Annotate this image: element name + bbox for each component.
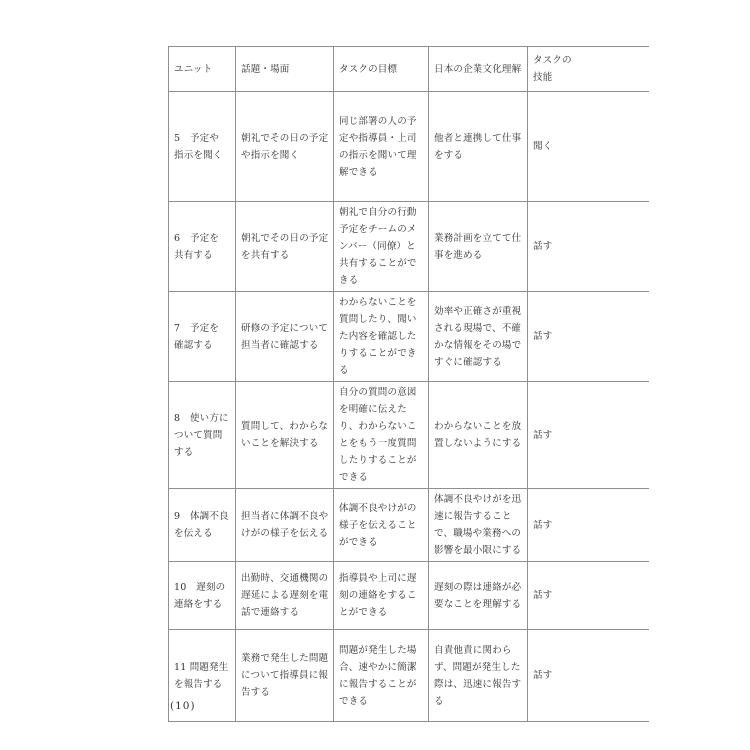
table-row-unit5: 5 予定や 指示を聞く 朝礼でその日の予定や指示を聞く 同じ部署の人の予定や指導… xyxy=(169,92,649,202)
goal-cell: 同じ部署の人の予定や指導員・上司の指示を聞いて理解できる xyxy=(334,92,429,202)
unit-cell: 5 予定や 指示を聞く xyxy=(169,92,236,202)
culture-cell: 体調不良やけがを迅速に報告することで、職場や業務への影響を最小限にする xyxy=(429,489,528,562)
skill-cell: 話す xyxy=(528,202,649,292)
unit-cell: 10 遅刻の 連絡をする xyxy=(169,562,236,630)
goal-cell: 体調不良やけがの様子を伝えることができる xyxy=(334,489,429,562)
table-row-unit10: 10 遅刻の 連絡をする 出勤時、交通機関の遅延による遅刻を電話で連絡する 指導… xyxy=(169,562,649,630)
table-row-unit6: 6 予定を 共有する 朝礼でその日の予定を共有する 朝礼で自分の行動予定をチーム… xyxy=(169,202,649,292)
unit-cell: 9 体調不良 を伝える xyxy=(169,489,236,562)
skill-cell: 話す xyxy=(528,292,649,382)
curriculum-table: ユニット 話題・場面 タスクの目標 日本の企業文化理解 タスクの 技能 5 予定… xyxy=(168,46,649,722)
table-row-unit7: 7 予定を 確認する 研修の予定について担当者に確認する わからないことを質問し… xyxy=(169,292,649,382)
goal-cell: 指導員や上司に遅刻の連絡をすることができる xyxy=(334,562,429,630)
header-topic: 話題・場面 xyxy=(236,47,334,92)
culture-cell: 効率や正確さが重視される現場で、不確かな情報をその場ですぐに確認する xyxy=(429,292,528,382)
goal-cell: 自分の質問の意図を明確に伝えたり、わからないことをもう一度質問したりすることがで… xyxy=(334,382,429,489)
topic-cell: 業務で発生した問題について指導員に報告する xyxy=(236,630,334,722)
culture-cell: 自責他責に関わらず、問題が発生した際は、迅速に報告する xyxy=(429,630,528,722)
skill-cell: 話す xyxy=(528,382,649,489)
culture-cell: 他者と連携して仕事をする xyxy=(429,92,528,202)
table-row-unit9: 9 体調不良 を伝える 担当者に体調不良やけがの様子を伝える 体調不良やけがの様… xyxy=(169,489,649,562)
topic-cell: 研修の予定について担当者に確認する xyxy=(236,292,334,382)
table-header-row: ユニット 話題・場面 タスクの目標 日本の企業文化理解 タスクの 技能 xyxy=(169,47,649,92)
skill-cell: 話す xyxy=(528,489,649,562)
culture-cell: わからないことを放置しないようにする xyxy=(429,382,528,489)
header-goal: タスクの目標 xyxy=(334,47,429,92)
skill-cell: 話す xyxy=(528,562,649,630)
unit-cell: 8 使い方に ついて質問 する xyxy=(169,382,236,489)
goal-cell: 問題が発生した場合、速やかに簡潔に報告することができる xyxy=(334,630,429,722)
page-number: (10) xyxy=(170,700,196,712)
table-row-unit8: 8 使い方に ついて質問 する 質問して、わからないことを解決する 自分の質問の… xyxy=(169,382,649,489)
topic-cell: 朝礼でその日の予定を共有する xyxy=(236,202,334,292)
topic-cell: 朝礼でその日の予定や指示を聞く xyxy=(236,92,334,202)
header-unit: ユニット xyxy=(169,47,236,92)
topic-cell: 出勤時、交通機関の遅延による遅刻を電話で連絡する xyxy=(236,562,334,630)
topic-cell: 質問して、わからないことを解決する xyxy=(236,382,334,489)
skill-cell: 話す xyxy=(528,630,649,722)
skill-cell: 聞く xyxy=(528,92,649,202)
topic-cell: 担当者に体調不良やけがの様子を伝える xyxy=(236,489,334,562)
table-row-unit11: 11 問題発生 を報告する 業務で発生した問題について指導員に報告する 問題が発… xyxy=(169,630,649,722)
culture-cell: 遅刻の際は連絡が必要なことを理解する xyxy=(429,562,528,630)
goal-cell: わからないことを質問したり、聞いた内容を確認したりすることができる xyxy=(334,292,429,382)
header-culture: 日本の企業文化理解 xyxy=(429,47,528,92)
culture-cell: 業務計画を立てて仕事を進める xyxy=(429,202,528,292)
document-page: ユニット 話題・場面 タスクの目標 日本の企業文化理解 タスクの 技能 5 予定… xyxy=(0,0,750,750)
header-skill: タスクの 技能 xyxy=(528,47,649,92)
unit-cell: 6 予定を 共有する xyxy=(169,202,236,292)
unit-cell: 7 予定を 確認する xyxy=(169,292,236,382)
goal-cell: 朝礼で自分の行動予定をチームのメンバー（同僚）と共有することができる xyxy=(334,202,429,292)
